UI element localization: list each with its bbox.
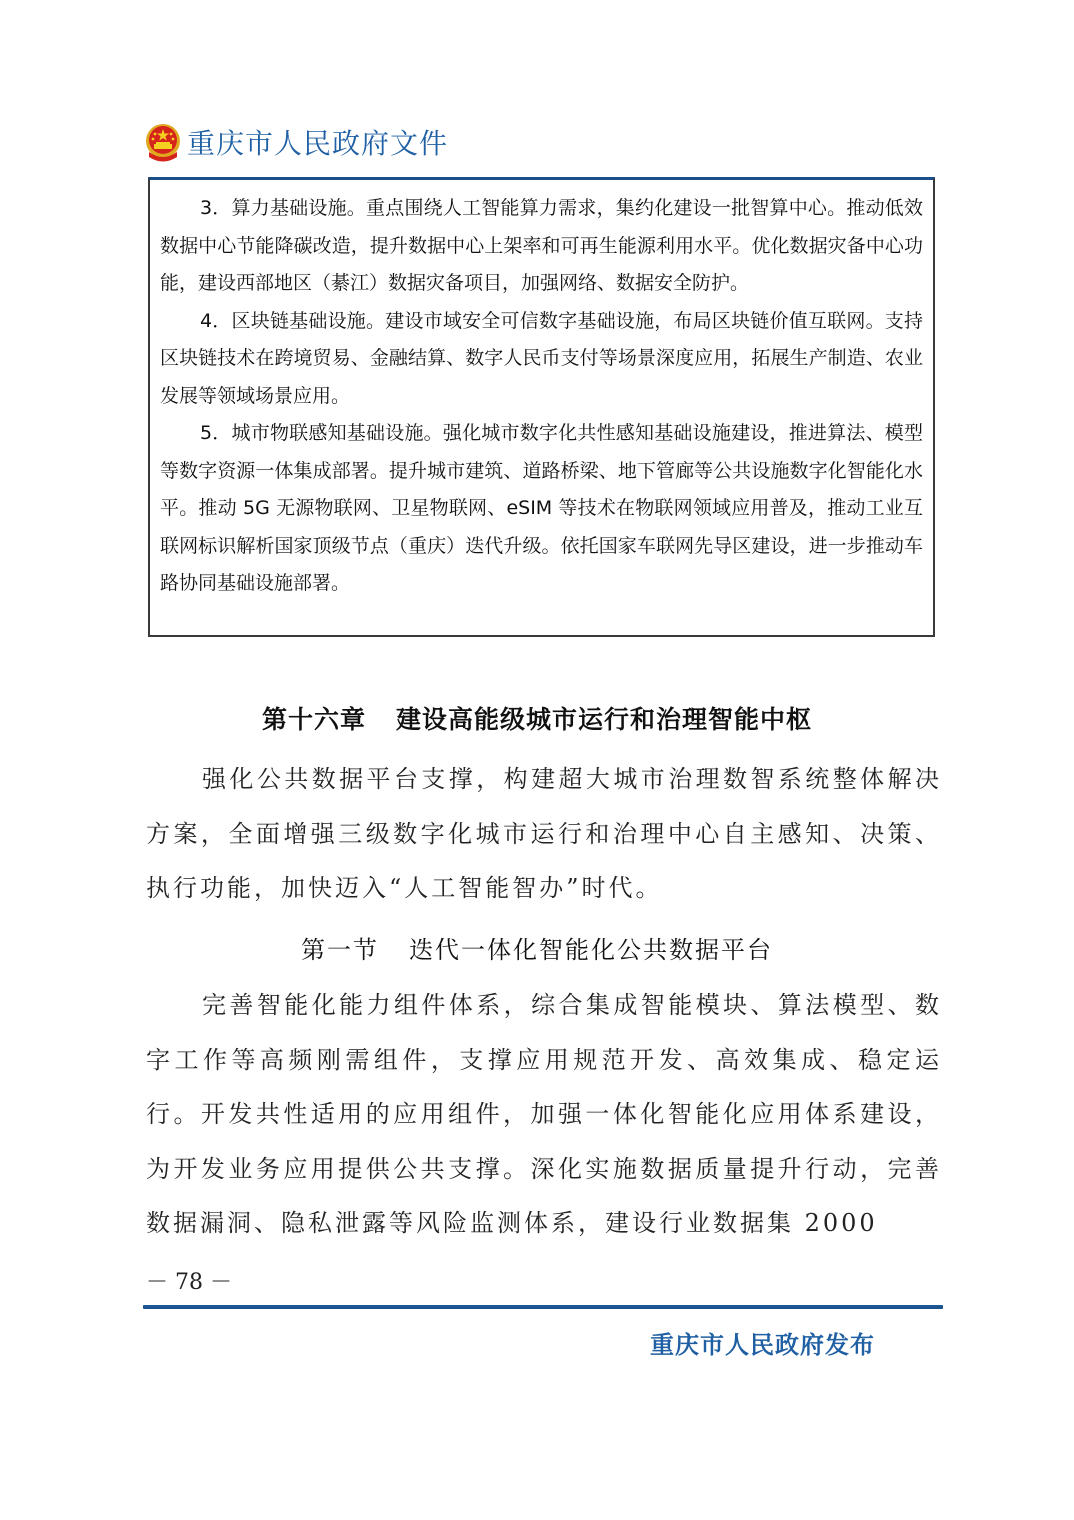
national-emblem-icon bbox=[143, 122, 183, 166]
section-heading: 第一节迭代一体化智能化公共数据平台 bbox=[0, 930, 1074, 965]
chapter-number: 第十六章 bbox=[262, 705, 366, 734]
section-body: 完善智能化能力组件体系，综合集成智能模块、算法模型、数字工作等高频刚需组件，支撑… bbox=[146, 978, 942, 1251]
box-paragraph-computing: 3．算力基础设施。重点围绕人工智能算力需求，集约化建设一批智算中心。推动低效数据… bbox=[160, 190, 923, 303]
section-body-paragraph: 完善智能化能力组件体系，综合集成智能模块、算法模型、数字工作等高频刚需组件，支撑… bbox=[146, 978, 942, 1251]
document-header: 重庆市人民政府文件 bbox=[143, 120, 448, 168]
document-page: 重庆市人民政府文件 3．算力基础设施。重点围绕人工智能算力需求，集约化建设一批智… bbox=[0, 0, 1074, 1520]
chapter-intro: 强化公共数据平台支撑，构建超大城市治理数智系统整体解决方案，全面增强三级数字化城… bbox=[146, 752, 942, 916]
chapter-intro-paragraph: 强化公共数据平台支撑，构建超大城市治理数智系统整体解决方案，全面增强三级数字化城… bbox=[146, 752, 942, 916]
box-paragraph-blockchain: 4．区块链基础设施。建设市域安全可信数字基础设施，布局区块链价值互联网。支持区块… bbox=[160, 303, 923, 416]
footer-publisher: 重庆市人民政府发布 bbox=[650, 1325, 875, 1360]
footer-divider bbox=[143, 1305, 943, 1309]
section-title: 迭代一体化智能化公共数据平台 bbox=[409, 936, 773, 964]
section-number: 第一节 bbox=[301, 936, 379, 964]
chapter-title: 建设高能级城市运行和治理智能中枢 bbox=[396, 705, 812, 734]
box-paragraph-iot: 5．城市物联感知基础设施。强化城市数字化共性感知基础设施建设，推进算法、模型等数… bbox=[160, 415, 923, 603]
chapter-heading: 第十六章建设高能级城市运行和治理智能中枢 bbox=[0, 700, 1074, 736]
page-number: － 78 － bbox=[146, 1265, 232, 1296]
document-header-title: 重庆市人民政府文件 bbox=[187, 122, 448, 166]
info-box: 3．算力基础设施。重点围绕人工智能算力需求，集约化建设一批智算中心。推动低效数据… bbox=[148, 177, 935, 637]
